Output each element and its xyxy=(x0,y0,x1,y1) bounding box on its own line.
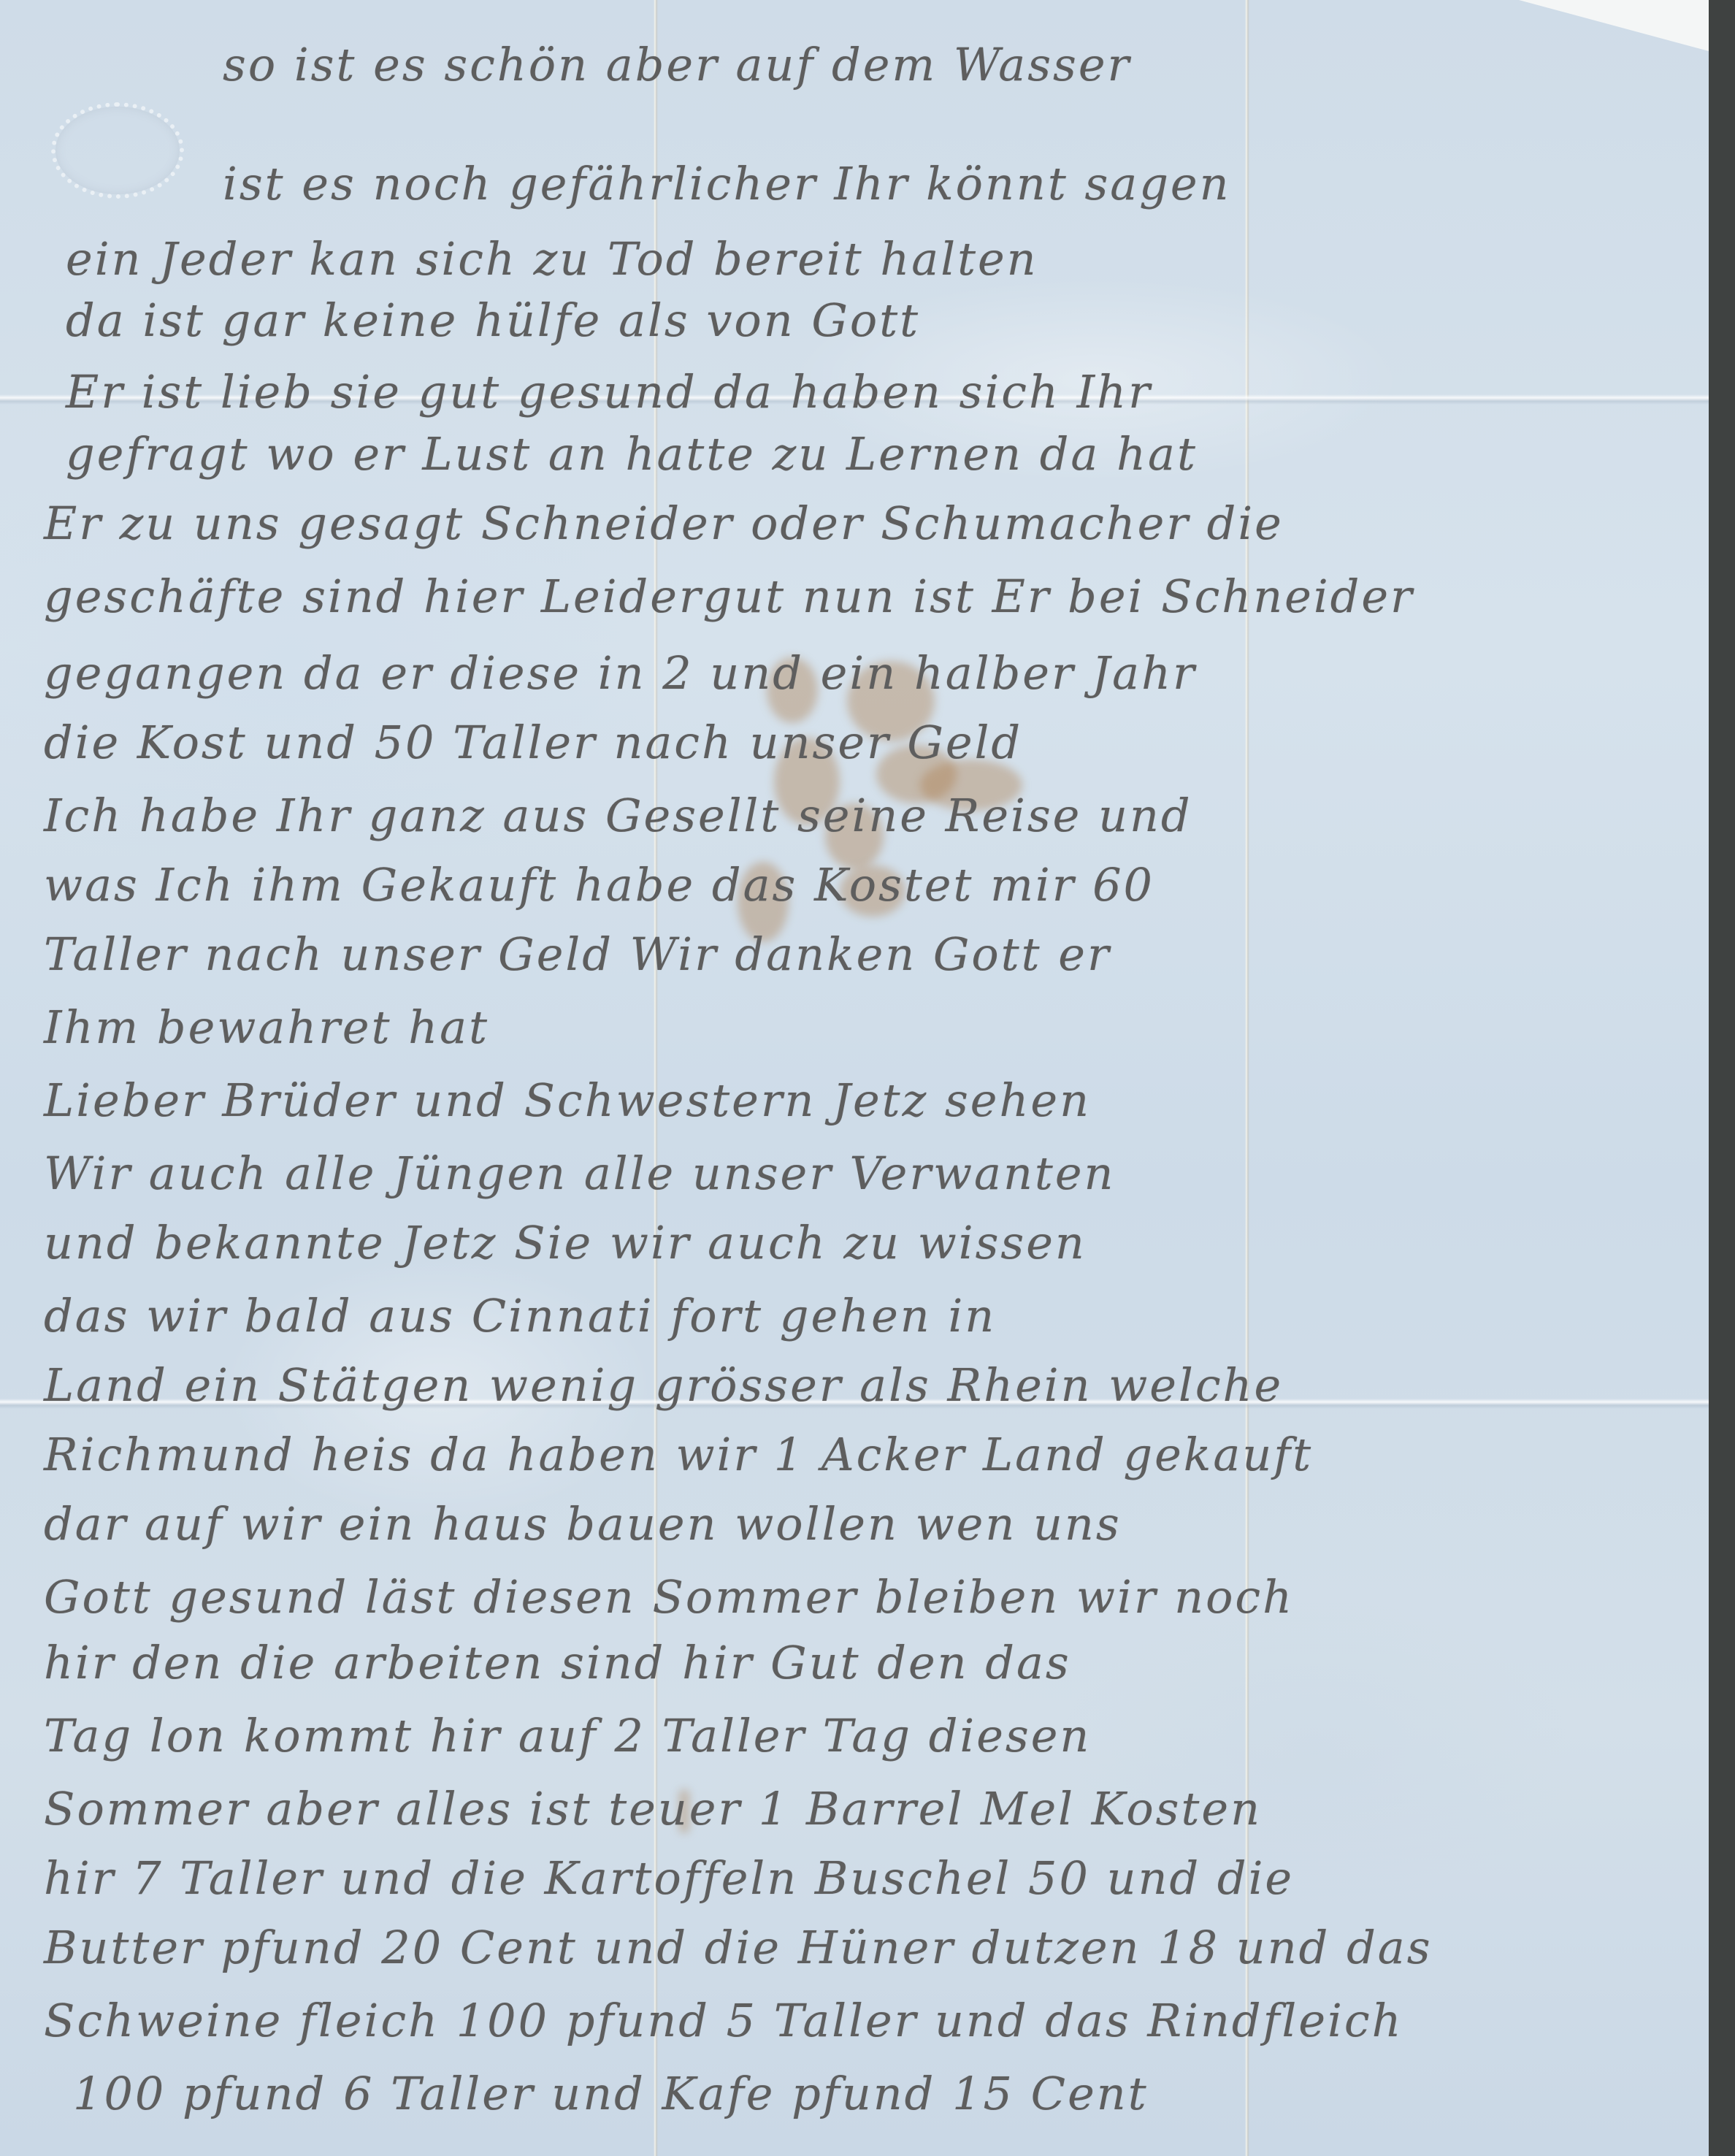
text-line: Butter pfund 20 Cent und die Hüner dutze… xyxy=(44,1921,1433,1974)
text-line: so ist es schön aber auf dem Wasser xyxy=(223,38,1131,91)
text-line: Er zu uns gesagt Schneider oder Schumach… xyxy=(44,497,1284,550)
torn-corner xyxy=(1519,0,1709,51)
text-line: gefragt wo er Lust an hatte zu Lernen da… xyxy=(66,427,1198,481)
text-line: Richmund heis da haben wir 1 Acker Land … xyxy=(44,1428,1313,1481)
text-line: Taller nach unser Geld Wir danken Gott e… xyxy=(44,928,1111,981)
text-line: hir 7 Taller und die Kartoffeln Buschel … xyxy=(44,1851,1294,1905)
text-line: Tag lon kommt hir auf 2 Taller Tag diese… xyxy=(44,1709,1091,1762)
text-line: was Ich ihm Gekauft habe das Kostet mir … xyxy=(44,858,1154,911)
text-line: Schweine fleich 100 pfund 5 Taller und d… xyxy=(44,1994,1403,2047)
text-line: Er ist lieb sie gut gesund da haben sich… xyxy=(66,365,1152,418)
text-line: Wir auch alle Jüngen alle unser Verwante… xyxy=(44,1147,1115,1200)
text-line: 100 pfund 6 Taller und Kafe pfund 15 Cen… xyxy=(73,2067,1149,2120)
text-line: die Kost und 50 Taller nach unser Geld xyxy=(44,716,1022,769)
text-line: hir den die arbeiten sind hir Gut den da… xyxy=(44,1636,1071,1689)
scan-border xyxy=(1709,0,1735,2156)
text-line: Sommer aber alles ist teuer 1 Barrel Mel… xyxy=(44,1782,1262,1835)
text-line: da ist gar keine hülfe als von Gott xyxy=(66,294,920,347)
text-line: geschäfte sind hier Leidergut nun ist Er… xyxy=(44,570,1414,623)
text-line: Ihm bewahret hat xyxy=(44,1001,489,1054)
text-line: gegangen da er diese in 2 und ein halber… xyxy=(44,646,1197,700)
text-line: dar auf wir ein haus bauen wollen wen un… xyxy=(44,1497,1122,1551)
text-line: Gott gesund läst diesen Sommer bleiben w… xyxy=(44,1570,1294,1624)
text-line: das wir bald aus Cinnati fort gehen in xyxy=(44,1289,996,1342)
handwritten-text: so ist es schön aber auf dem Wasser ist … xyxy=(0,0,1709,2156)
text-line: und bekannte Jetz Sie wir auch zu wissen xyxy=(44,1216,1087,1269)
text-line: Land ein Stätgen wenig grösser als Rhein… xyxy=(44,1358,1283,1412)
letter-page: so ist es schön aber auf dem Wasser ist … xyxy=(0,0,1709,2156)
text-line: Lieber Brüder und Schwestern Jetz sehen xyxy=(44,1074,1091,1127)
text-line: Ich habe Ihr ganz aus Gesellt seine Reis… xyxy=(44,789,1192,842)
text-line: ein Jeder kan sich zu Tod bereit halten xyxy=(66,232,1038,286)
text-line: ist es noch gefährlicher Ihr könnt sagen xyxy=(223,157,1231,210)
